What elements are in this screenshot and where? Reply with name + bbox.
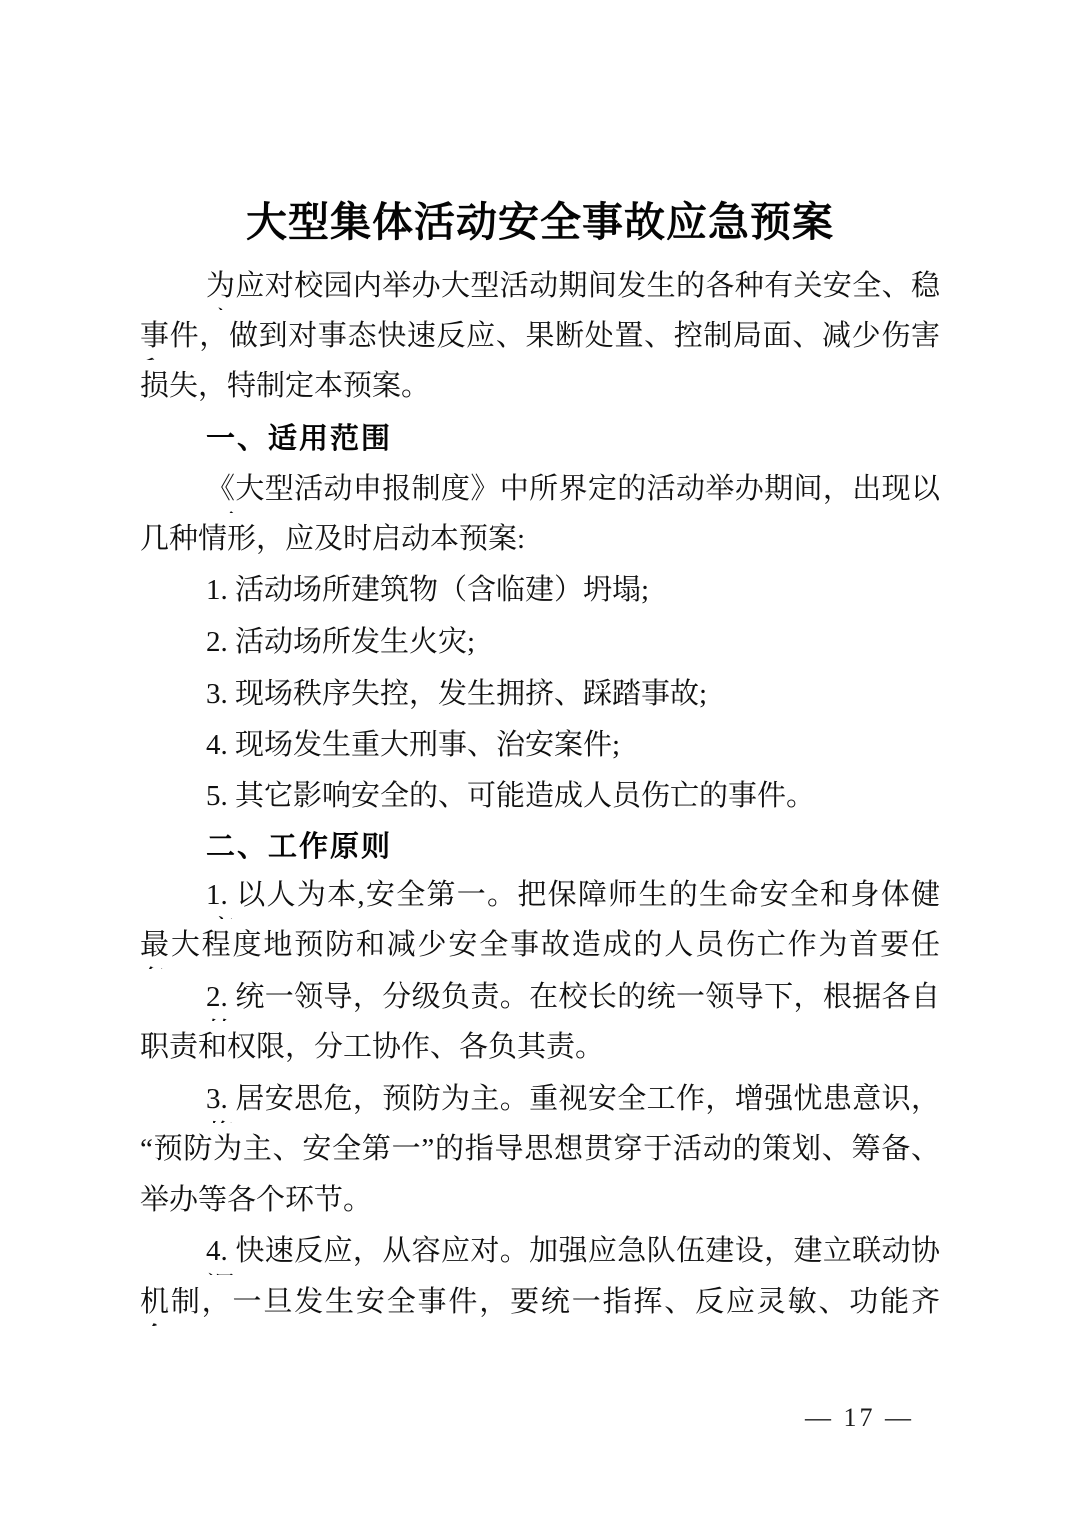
list-item: 2. 活动场所发生火灾; (140, 624, 940, 666)
text-line: 4. 快速反应，从容应对。加强应急队伍建设，建立联动协调 (140, 1233, 940, 1275)
text-line: 职责和权限，分工协作、各负其责。 (140, 1029, 940, 1071)
page-number: — 17 — (805, 1403, 914, 1433)
text-line: 2. 统一领导，分级负责。在校长的统一领导下，根据各自的 (140, 979, 940, 1021)
text-line: 损失，特制定本预案。 (140, 368, 940, 410)
list-item: 1. 活动场所建筑物（含临建）坍塌; (140, 572, 940, 614)
document-page: 大型集体活动安全事故应急预案 为应对校园内举办大型活动期间发生的各种有关安全、稳… (0, 0, 1080, 1527)
text-line: 《大型活动申报制度》中所界定的活动举办期间，出现以下 (140, 471, 940, 513)
text-line: 最大程度地预防和减少安全事故造成的人员伤亡作为首要任务。 (140, 927, 940, 969)
list-item: 4. 现场发生重大刑事、治安案件; (140, 727, 940, 769)
text-line: 3. 居安思危，预防为主。重视安全工作，增强忧患意识，将 (140, 1081, 940, 1123)
text-line: 1. 以人为本,安全第一。把保障师生的生命安全和身体健康、 (140, 877, 940, 919)
list-item: 3. 现场秩序失控，发生拥挤、踩踏事故; (140, 676, 940, 718)
section-heading: 一、适用范围 (140, 421, 940, 463)
text-line: 机制，一旦发生安全事件，要统一指挥、反应灵敏、功能齐全、 (140, 1284, 940, 1326)
text-line: 几种情形，应及时启动本预案: (140, 521, 940, 563)
list-item: 5. 其它影响安全的、可能造成人员伤亡的事件。 (140, 778, 940, 820)
document-title: 大型集体活动安全事故应急预案 (0, 198, 1080, 246)
text-line: 事件，做到对事态快速反应、果断处置、控制局面、减少伤害和 (140, 318, 940, 360)
section-heading: 二、工作原则 (140, 829, 940, 871)
text-line: 为应对校园内举办大型活动期间发生的各种有关安全、稳定 (140, 268, 940, 310)
text-line: 举办等各个环节。 (140, 1182, 940, 1224)
text-line: “预防为主、安全第一”的指导思想贯穿于活动的策划、筹备、 (140, 1131, 940, 1173)
